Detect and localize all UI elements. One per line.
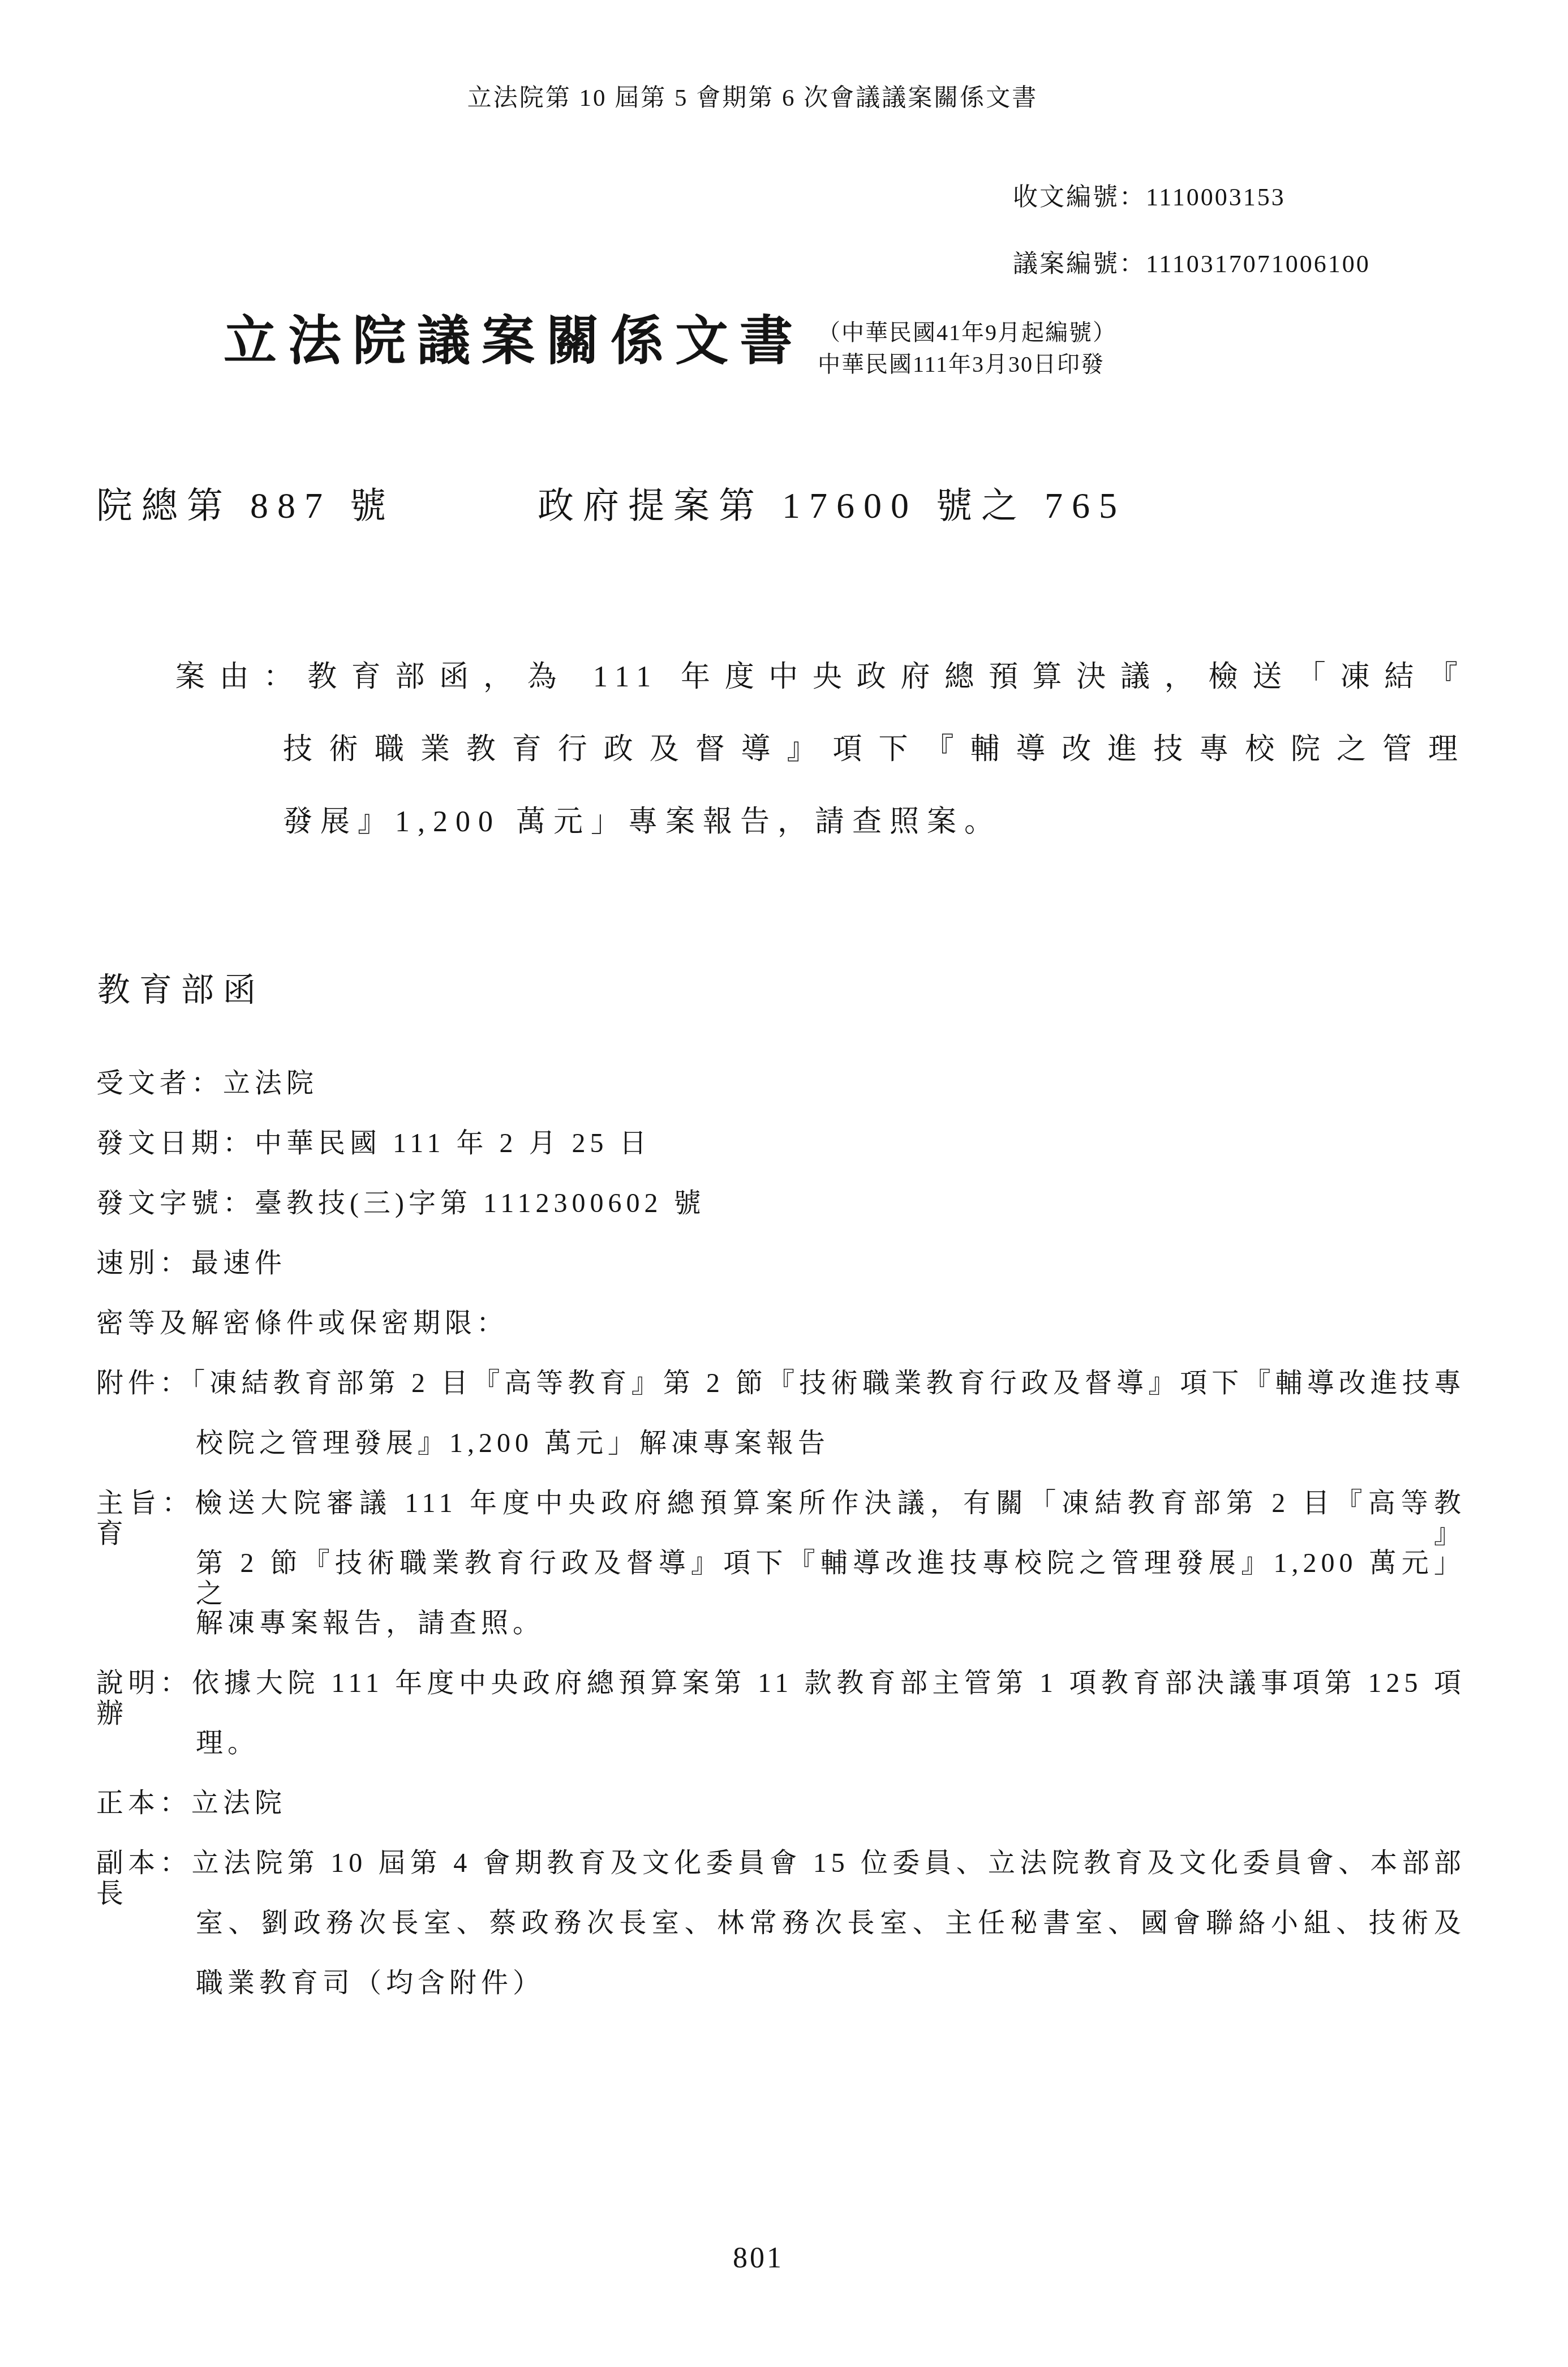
title-note: （中華民國41年9月起編號） 中華民國111年3月30日印發 [818, 317, 1116, 380]
letter-line-original-recipient: 正本：立法院 [96, 1788, 286, 1819]
title-note-line1: （中華民國41年9月起編號） [818, 317, 1116, 349]
document-page: 立法院第 10 屆第 5 會期第 6 次會議議案關係文書 收文編號：111000… [0, 0, 1568, 2367]
letter-heading: 教育部函 [97, 972, 265, 1009]
letter-line-cc-cont: 室、劉政務次長室、蔡政務次長室、林常務次長室、主任秘書室、國會聯絡小組、技術及 [196, 1908, 1466, 1939]
government-proposal-number: 政府提案第 17600 號之 765 [538, 486, 1126, 526]
letter-line-attachment: 附件：「凍結教育部第 2 目『高等教育』第 2 節『技術職業教育行政及督導』項下… [96, 1368, 1466, 1399]
letter-line-attachment-cont: 校院之管理發展』1,200 萬元」解凍專案報告 [196, 1428, 830, 1459]
case-summary-line: 技術職業教育行政及督導』項下『輔導改進技專校院之管理 [283, 733, 1466, 766]
letter-line-subject-cont: 第 2 節『技術職業教育行政及督導』項下『輔導改進技專校院之管理發展』1,200… [196, 1548, 1466, 1609]
document-title: 立法院議案關係文書 [224, 312, 804, 372]
letter-line-recipient: 受文者：立法院 [96, 1068, 318, 1099]
bill-number: 議案編號：1110317071006100 [1013, 250, 1371, 278]
letter-line-cc: 副本：立法院第 10 屆第 4 會期教育及文化委員會 15 位委員、立法院教育及… [96, 1848, 1466, 1909]
letter-line-subject-cont: 解凍專案報告，請查照。 [196, 1608, 544, 1639]
letter-line-speed: 速別：最速件 [96, 1248, 286, 1279]
case-summary-line: 案由：教育部函，為 111 年度中央政府總預算決議，檢送「凍結『 [175, 661, 1466, 694]
page-number: 801 [0, 2242, 1517, 2275]
letter-line-subject: 主旨：檢送大院審議 111 年度中央政府總預算案所作決議，有關「凍結教育部第 2… [96, 1488, 1466, 1549]
yuan-general-number: 院總第 887 號 [96, 486, 395, 526]
letter-line-classification: 密等及解密條件或保密期限： [96, 1308, 508, 1339]
letter-line-explanation: 說明：依據大院 111 年度中央政府總預算案第 11 款教育部主管第 1 項教育… [96, 1668, 1466, 1729]
letter-line-explanation-cont: 理。 [196, 1728, 259, 1759]
receipt-number: 收文編號：1110003153 [1013, 183, 1286, 211]
letter-line-date: 發文日期：中華民國 111 年 2 月 25 日 [96, 1128, 651, 1159]
letter-line-cc-cont: 職業教育司（均含附件） [196, 1968, 544, 1999]
session-header: 立法院第 10 屆第 5 會期第 6 次會議議案關係文書 [0, 85, 1505, 112]
letter-line-ref-number: 發文字號：臺教技(三)字第 1112300602 號 [96, 1188, 705, 1219]
title-note-line2: 中華民國111年3月30日印發 [818, 349, 1116, 380]
case-summary-line: 發展』1,200 萬元」專案報告，請查照案。 [283, 806, 1002, 839]
